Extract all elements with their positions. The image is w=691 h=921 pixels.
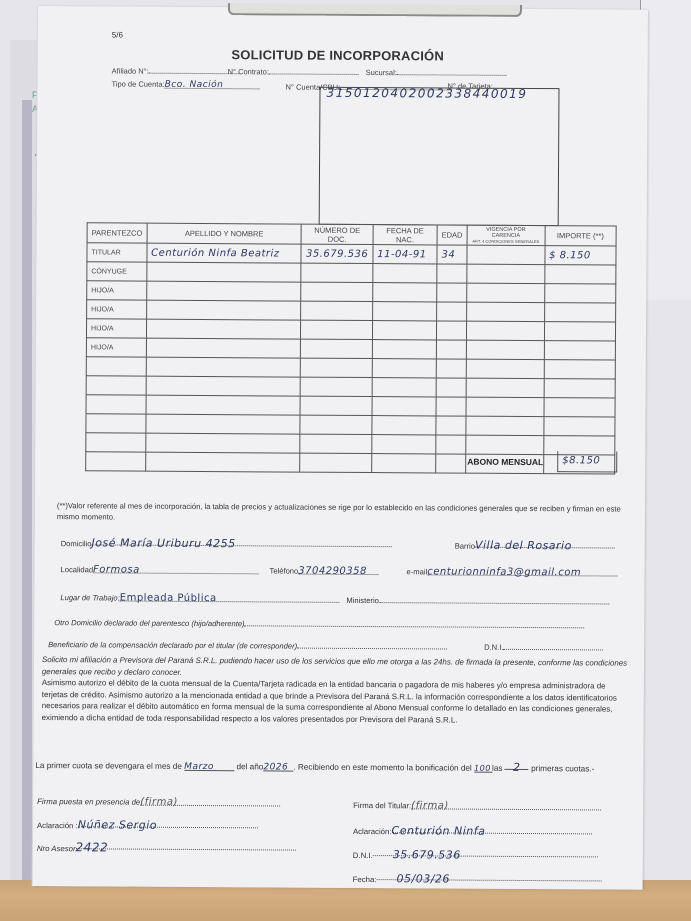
cell-nombre[interactable]: [146, 414, 301, 434]
ministerio-value: [379, 594, 609, 604]
cell-fecha-nac[interactable]: [372, 283, 436, 302]
beneficiario-value: [297, 640, 447, 650]
cell-parentezco: [86, 395, 146, 414]
fecha-field[interactable]: Fecha:05/03/26: [353, 872, 602, 886]
cell-nombre[interactable]: Centurión Ninfa Beatriz: [147, 243, 302, 263]
cell-edad[interactable]: [437, 264, 467, 283]
bonificacion-cuotas-value[interactable]: 2: [505, 761, 529, 770]
email-label: e-mail: [407, 567, 428, 576]
ministerio-label: Ministerio: [346, 596, 379, 605]
cell-importe[interactable]: [544, 360, 616, 379]
cell-parentezco: [86, 452, 146, 471]
cell-doc[interactable]: [301, 301, 372, 320]
cell-edad[interactable]: [437, 283, 467, 302]
cell-parentezco: [86, 357, 146, 376]
cell-nombre[interactable]: [145, 452, 300, 472]
domicilio-value: José María Uriburu 4255: [92, 536, 392, 547]
cell-parentezco: HIJO/A: [87, 281, 147, 300]
cell-fecha-nac[interactable]: [372, 378, 436, 397]
cell-edad[interactable]: [436, 416, 466, 435]
cell-parentezco: HIJO/A: [86, 338, 146, 357]
cell-doc[interactable]: [301, 320, 372, 339]
trabajo-value: Empleada Pública: [120, 593, 340, 603]
asesor-value: 2422: [76, 840, 296, 850]
cell-parentezco: HIJO/A: [86, 319, 146, 338]
cell-importe[interactable]: [544, 379, 616, 398]
cell-edad[interactable]: [436, 359, 466, 378]
aclaracion-asesor-value: Núñez Sergio: [78, 818, 258, 828]
ministerio-field[interactable]: Ministerio: [346, 594, 609, 607]
afiliado-field[interactable]: Afiliado N°:: [112, 64, 239, 76]
cell-edad[interactable]: [436, 454, 466, 473]
cell-doc[interactable]: [301, 358, 372, 377]
cell-fecha-nac[interactable]: [372, 340, 436, 359]
contrato-value: [269, 65, 359, 75]
presencia-signature: (firma): [140, 797, 280, 807]
cuota-year-value[interactable]: 2026: [263, 762, 293, 771]
header-vigencia-sub: ART. 4 CONDICIONES GENERALES: [471, 238, 540, 244]
cell-doc[interactable]: [301, 377, 372, 396]
header-nombre: APELLIDO Y NOMBRE: [147, 223, 302, 244]
cell-nombre[interactable]: [146, 357, 301, 377]
terms-paragraphs: Solicito mi afiliación a Previsora del P…: [42, 654, 632, 727]
sucursal-field[interactable]: Sucursal:: [366, 66, 507, 78]
cell-importe[interactable]: [544, 265, 616, 284]
tipo-cuenta-value: Bco. Nación: [165, 80, 260, 90]
abono-mensual-value: $8.150: [562, 455, 600, 466]
titular-signature-field[interactable]: Firma del Titular:(firma): [353, 800, 601, 812]
abono-mensual-box[interactable]: $8.150: [557, 451, 617, 472]
contrato-label: N° Contrato:: [228, 67, 269, 76]
beneficiario-dni-field[interactable]: D.N.I.: [484, 641, 603, 653]
cell-vigencia[interactable]: [466, 435, 544, 454]
beneficiario-dni-value: [503, 641, 603, 651]
cell-edad[interactable]: [437, 302, 467, 321]
cell-vigencia[interactable]: [467, 245, 545, 264]
tarjeta-box[interactable]: 3150120402002338440019: [319, 87, 560, 226]
cell-nombre[interactable]: [145, 433, 300, 453]
cell-vigencia[interactable]: [466, 378, 544, 397]
cell-vigencia[interactable]: [466, 359, 544, 378]
beneficiario-dni-label: D.N.I.: [484, 643, 503, 652]
cell-vigencia[interactable]: [466, 340, 544, 359]
cell-parentezco: CÓNYUGE: [87, 262, 147, 281]
cell-doc[interactable]: [300, 396, 371, 415]
sucursal-label: Sucursal:: [366, 68, 397, 77]
otro-domicilio-field[interactable]: Otro Domicilio declarado del parentesco …: [54, 616, 584, 630]
titular-signature: (firma): [411, 800, 601, 810]
beneficiario-label: Beneficiario de la compensación declarad…: [48, 640, 297, 651]
cell-importe[interactable]: [544, 322, 616, 341]
aclaracion-asesor-field[interactable]: Aclaración :Núñez Sergio: [37, 818, 258, 831]
telefono-field[interactable]: Teléfono3704290358: [270, 565, 379, 576]
header-fecha-nac: FECHA DE NAC.: [373, 225, 437, 245]
barrio-label: Barrio: [455, 542, 475, 551]
cell-edad[interactable]: [436, 321, 466, 340]
cell-doc[interactable]: [300, 415, 371, 434]
sucursal-value: [397, 66, 507, 76]
cell-importe[interactable]: [543, 417, 615, 436]
aclaracion-titular-field[interactable]: Aclaración:Centurión Ninfa: [353, 824, 592, 837]
cell-nombre[interactable]: [146, 300, 301, 320]
trabajo-field[interactable]: Lugar de Trabajo:Empleada Pública: [60, 592, 339, 604]
cell-parentezco: HIJO/A: [87, 300, 147, 319]
cell-fecha-nac[interactable]: [372, 359, 436, 378]
tipo-cuenta-label: Tipo de Cuenta:: [111, 79, 164, 88]
cuota-las-label: las: [492, 764, 503, 773]
cell-fecha-nac[interactable]: [372, 435, 436, 454]
cuota-mes-value[interactable]: Marzo: [184, 762, 234, 771]
titular-dni-label: D.N.I.: [353, 851, 373, 860]
cuota-suffix: primeras cuotas.-: [531, 764, 594, 773]
cell-doc[interactable]: 35.679.536: [301, 244, 372, 263]
cuota-year-label: del año: [236, 762, 263, 771]
presencia-field[interactable]: Firma puesta en presencia de(firma): [37, 796, 280, 807]
cell-vigencia[interactable]: [466, 302, 544, 321]
cell-doc[interactable]: [301, 263, 372, 282]
localidad-field[interactable]: LocalidadFormosa: [61, 564, 259, 575]
email-value: centurionninfa3@gmail.com: [427, 566, 617, 576]
beneficiario-field[interactable]: Beneficiario de la compensación declarad…: [48, 638, 447, 651]
cell-nombre[interactable]: [146, 281, 301, 301]
header-edad: EDAD: [437, 225, 467, 245]
cell-nombre[interactable]: [146, 338, 301, 358]
cell-parentezco: [86, 376, 146, 395]
cell-edad[interactable]: [436, 340, 466, 359]
cell-fecha-nac[interactable]: 11-04-91: [373, 245, 437, 264]
price-note: (**)Valor referente al mes de incorporac…: [57, 500, 627, 525]
cell-importe[interactable]: [544, 398, 616, 417]
cell-nombre[interactable]: [146, 376, 301, 396]
table-body: TITULARCenturión Ninfa Beatriz35.679.536…: [86, 243, 616, 474]
cell-vigencia[interactable]: [466, 321, 544, 340]
cuota-prefix: La primer cuota se devengara el mes de: [35, 761, 182, 771]
fecha-value: 05/03/26: [377, 872, 602, 881]
otro-domicilio-value: [245, 617, 585, 628]
form-paper: 5/6 SOLICITUD DE INCORPORACIÓN Afiliado …: [33, 6, 648, 890]
asesor-label: Nro Asesor: [37, 844, 76, 853]
cell-doc[interactable]: [301, 282, 372, 301]
afiliado-value: [149, 65, 239, 75]
trabajo-label: Lugar de Trabajo:: [60, 593, 119, 602]
cell-nombre[interactable]: [146, 319, 301, 339]
titular-dni-value: 35.679.536: [373, 848, 598, 857]
barrio-value: Villa del Rosario: [475, 539, 615, 549]
terms-paragraph-2: Asimismo autorizo el débito de la cuota …: [42, 677, 632, 727]
form-title: SOLICITUD DE INCORPORACIÓN: [38, 46, 638, 65]
cell-edad[interactable]: [436, 397, 466, 416]
tarjeta-value: 3150120402002338440019: [326, 86, 527, 101]
titular-signature-label: Firma del Titular:: [353, 801, 411, 810]
header-parentezco: PARENTEZCO: [87, 223, 147, 243]
cuota-middle: . Recibiendo en este momento la bonifica…: [293, 763, 471, 773]
afiliado-label: Afiliado N°:: [112, 66, 149, 75]
header-doc: NÚMERO DE DOC.: [302, 224, 373, 244]
cell-edad[interactable]: [436, 435, 466, 454]
page-number: 5/6: [112, 30, 123, 39]
cell-edad[interactable]: 34: [437, 245, 467, 264]
cell-vigencia[interactable]: [466, 397, 544, 416]
barrio-field[interactable]: BarrioVilla del Rosario: [455, 539, 615, 552]
cell-fecha-nac[interactable]: [373, 264, 437, 283]
cell-fecha-nac[interactable]: [372, 321, 436, 340]
cell-importe[interactable]: [544, 303, 616, 322]
bonificacion-percent-value[interactable]: 100: [474, 764, 492, 773]
cell-nombre[interactable]: [147, 262, 302, 282]
cell-parentezco: [86, 414, 146, 433]
contrato-field[interactable]: N° Contrato:: [228, 65, 359, 77]
domicilio-field[interactable]: DomicilioJosé María Uriburu 4255: [61, 536, 392, 550]
telefono-value: 3704290358: [298, 566, 378, 575]
presencia-label: Firma puesta en presencia de: [37, 797, 140, 807]
cell-vigencia[interactable]: [466, 416, 544, 435]
header-importe: IMPORTE (**): [545, 226, 617, 246]
cell-fecha-nac[interactable]: [371, 454, 435, 473]
members-table: PARENTEZCO APELLIDO Y NOMBRE NÚMERO DE D…: [85, 222, 617, 474]
cell-edad[interactable]: [436, 378, 466, 397]
sheet-shadow: [22, 100, 32, 880]
header-vigencia: VIGENCIA POR CARENCIA ART. 4 CONDICIONES…: [467, 225, 545, 245]
cell-importe[interactable]: $ 8.150: [545, 246, 617, 265]
cell-importe[interactable]: [544, 284, 616, 303]
cell-vigencia[interactable]: [467, 283, 545, 302]
cell-doc[interactable]: [300, 434, 371, 453]
clipboard-clip: [228, 3, 522, 17]
titular-dni-field[interactable]: D.N.I.35.679.536: [353, 848, 598, 861]
localidad-label: Localidad: [61, 565, 94, 574]
otro-domicilio-label: Otro Domicilio declarado del parentesco …: [54, 618, 244, 628]
cell-nombre[interactable]: [146, 395, 301, 415]
cell-parentezco: [86, 433, 146, 452]
cell-parentezco: TITULAR: [87, 243, 147, 262]
header-vigencia-title: VIGENCIA POR CARENCIA: [471, 226, 540, 238]
cell-fecha-nac[interactable]: [372, 302, 436, 321]
first-installment-line: La primer cuota se devengara el mes de M…: [35, 758, 594, 773]
aclaracion-asesor-label: Aclaración :: [37, 821, 78, 830]
telefono-label: Teléfono: [270, 566, 299, 575]
aclaracion-titular-value: Centurión Ninfa: [392, 824, 592, 834]
aclaracion-titular-label: Aclaración:: [353, 827, 392, 836]
cell-fecha-nac[interactable]: [372, 397, 436, 416]
cell-importe[interactable]: [544, 341, 616, 360]
cell-doc[interactable]: [301, 339, 372, 358]
cell-doc[interactable]: [300, 453, 371, 472]
fecha-label: Fecha:: [353, 875, 377, 884]
asesor-field[interactable]: Nro Asesor2422: [37, 840, 296, 855]
domicilio-label: Domicilio: [61, 539, 92, 548]
email-field[interactable]: e-mailcenturionninfa3@gmail.com: [407, 566, 618, 577]
cell-fecha-nac[interactable]: [372, 416, 436, 435]
localidad-value: Formosa: [93, 564, 258, 574]
tipo-cuenta-field[interactable]: Tipo de Cuenta:Bco. Nación: [111, 79, 259, 89]
cell-vigencia[interactable]: [467, 264, 545, 283]
abono-mensual-label: ABONO MENSUAL: [467, 457, 543, 467]
